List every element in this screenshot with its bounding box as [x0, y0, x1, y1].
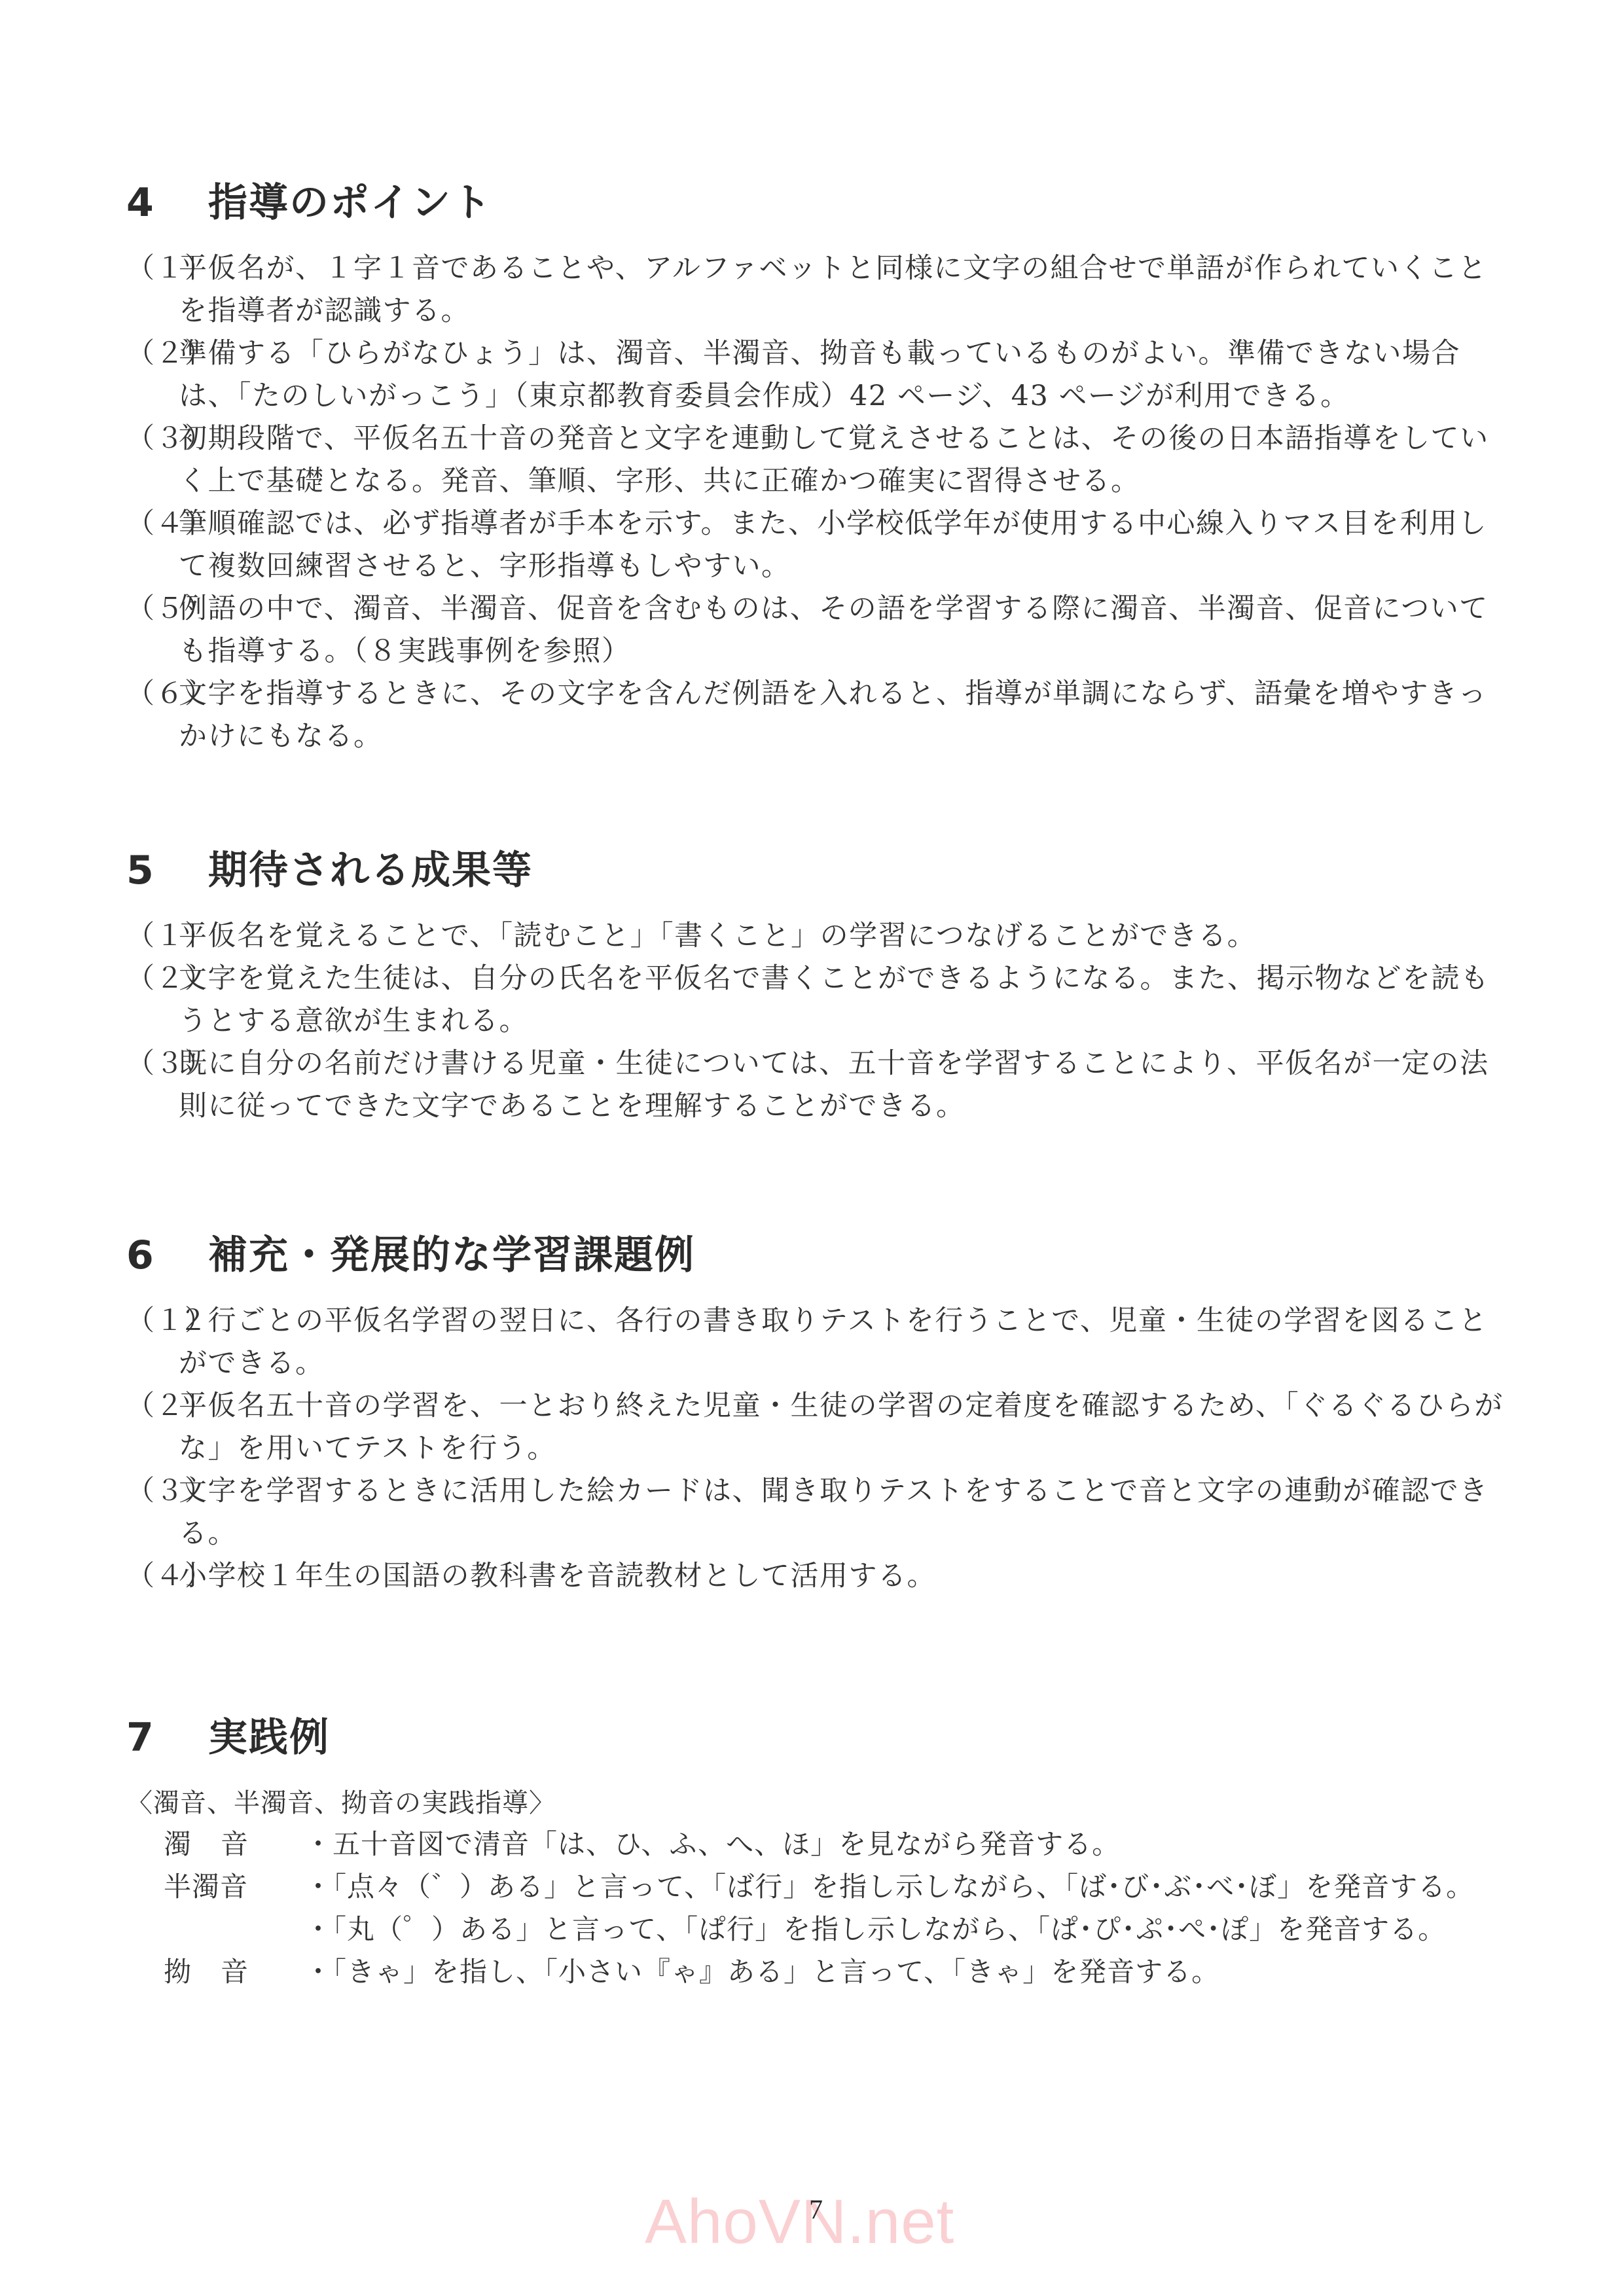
practice-text: ・「点々（゛）ある」と言って、「ば行」を指し示しながら、「ば･び･ぶ･べ･ぼ」を… [304, 1865, 1474, 1908]
item-marker: （３） [126, 1043, 179, 1085]
item-text: 平仮名が、１字１音であることや、アルファベットと同様に文字の組合せで単語が作られ… [179, 252, 1487, 327]
item-text: 平仮名を覚えることで、「読むこと」「書くこと」の学習につなげることができる。 [179, 920, 1256, 952]
item-text: 準備する「ひらがなひょう」は、濁音、半濁音、拗音も載っているものがよい。準備でき… [179, 337, 1460, 412]
section-title: 補充・発展的な学習課題例 [208, 1232, 695, 1278]
section-number: 4 [126, 177, 208, 229]
list-item: （５）例語の中で、濁音、半濁音、促音を含むものは、その語を学習する際に濁音、半濁… [126, 588, 1514, 673]
section-title: 期待される成果等 [208, 848, 533, 893]
item-text: 小学校１年生の国語の教科書を音読教材として活用する。 [179, 1560, 936, 1592]
section-heading: 5期待される成果等 [126, 844, 1514, 897]
item-marker: （６） [126, 673, 179, 715]
item-list: （１）２行ごとの平仮名学習の翌日に、各行の書き取りテストを行うことで、児童・生徒… [126, 1300, 1514, 1598]
section-heading: 4指導のポイント [126, 177, 1514, 229]
section-4: 4指導のポイント （１）平仮名が、１字１音であることや、アルファベットと同様に文… [126, 177, 1514, 758]
section-6: 6補充・発展的な学習課題例 （１）２行ごとの平仮名学習の翌日に、各行の書き取りテ… [126, 1229, 1514, 1598]
item-text: 文字を覚えた生徒は、自分の氏名を平仮名で書くことができるようになる。また、掲示物… [179, 962, 1490, 1037]
item-marker: （４） [126, 503, 179, 545]
watermark: AhoVN.net [645, 2186, 965, 2258]
list-item: （３）文字を学習するときに活用した絵カードは、聞き取りテストをすることで音と文字… [126, 1470, 1514, 1555]
list-item: （４）筆順確認では、必ず指導者が手本を示す。また、小学校低学年が使用する中心線入… [126, 503, 1514, 588]
item-marker: （１） [126, 915, 179, 958]
page-number: 7 [809, 2194, 823, 2227]
list-item: （１）平仮名を覚えることで、「読むこと」「書くこと」の学習につなげることができる… [126, 915, 1514, 958]
practice-row-youon: 拗音 ・「きゃ」を指し、「小さい『ゃ』ある」と言って、「きゃ」を発音する。 [126, 1950, 1514, 1993]
section-heading: 7実践例 [126, 1712, 1514, 1764]
list-item: （３）初期段階で、平仮名五十音の発音と文字を連動して覚えさせることは、その後の日… [126, 418, 1514, 503]
section-5: 5期待される成果等 （１）平仮名を覚えることで、「読むこと」「書くこと」の学習に… [126, 844, 1514, 1128]
document-page: 4指導のポイント （１）平仮名が、１字１音であることや、アルファベットと同様に文… [0, 0, 1624, 2296]
practice-text: ・「きゃ」を指し、「小さい『ゃ』ある」と言って、「きゃ」を発音する。 [304, 1950, 1219, 1993]
practice-label: 濁音 [164, 1823, 304, 1865]
item-marker: （５） [126, 588, 179, 630]
item-text: ２行ごとの平仮名学習の翌日に、各行の書き取りテストを行うことで、児童・生徒の学習… [179, 1304, 1488, 1380]
list-item: （６）文字を指導するときに、その文字を含んだ例語を入れると、指導が単調にならず、… [126, 673, 1514, 758]
section-title: 実践例 [208, 1715, 330, 1761]
practice-list: 濁音 ・五十音図で清音「は、ひ、ふ、へ、ほ」を見ながら発音する。 半濁音 ・「点… [126, 1823, 1514, 1993]
item-text: 文字を学習するときに活用した絵カードは、聞き取りテストをすることで音と文字の連動… [179, 1475, 1489, 1550]
practice-row-handakuon: 半濁音 ・「点々（゛）ある」と言って、「ば行」を指し示しながら、「ば･び･ぶ･べ… [126, 1865, 1514, 1908]
item-text: 例語の中で、濁音、半濁音、促音を含むものは、その語を学習する際に濁音、半濁音、促… [179, 592, 1489, 668]
item-text: 平仮名五十音の学習を、一とおり終えた児童・生徒の学習の定着度を確認するため、「ぐ… [179, 1390, 1504, 1465]
practice-label: 拗音 [164, 1950, 304, 1993]
item-marker: （４） [126, 1555, 179, 1598]
list-item: （１）２行ごとの平仮名学習の翌日に、各行の書き取りテストを行うことで、児童・生徒… [126, 1300, 1514, 1385]
item-text: 初期段階で、平仮名五十音の発音と文字を連動して覚えさせることは、その後の日本語指… [179, 422, 1489, 497]
section-number: 7 [126, 1712, 208, 1764]
item-marker: （１） [126, 247, 179, 290]
practice-subtitle: 〈濁音、半濁音、拗音の実践指導〉 [126, 1784, 1514, 1823]
item-marker: （２） [126, 1385, 179, 1427]
practice-text: ・「丸（゜）ある」と言って、「ぱ行」を指し示しながら、「ぱ･ぴ･ぷ･ぺ･ぽ」を発… [304, 1908, 1446, 1950]
item-marker: （２） [126, 332, 179, 375]
list-item: （２）文字を覚えた生徒は、自分の氏名を平仮名で書くことができるようになる。また、… [126, 958, 1514, 1043]
item-text: 筆順確認では、必ず指導者が手本を示す。また、小学校低学年が使用する中心線入りマス… [179, 507, 1487, 583]
practice-label: 半濁音 [164, 1865, 304, 1908]
section-number: 5 [126, 844, 208, 897]
section-heading: 6補充・発展的な学習課題例 [126, 1229, 1514, 1282]
item-marker: （３） [126, 1470, 179, 1513]
list-item: （４）小学校１年生の国語の教科書を音読教材として活用する。 [126, 1555, 1514, 1598]
list-item: （３）既に自分の名前だけ書ける児童・生徒については、五十音を学習することにより、… [126, 1043, 1514, 1128]
item-text: 文字を指導するときに、その文字を含んだ例語を入れると、指導が単調にならず、語彙を… [179, 677, 1487, 753]
item-text: 既に自分の名前だけ書ける児童・生徒については、五十音を学習することにより、平仮名… [179, 1047, 1489, 1122]
section-title: 指導のポイント [208, 180, 492, 226]
list-item: （２）平仮名五十音の学習を、一とおり終えた児童・生徒の学習の定着度を確認するため… [126, 1385, 1514, 1470]
practice-row-handakuon-2: ・「丸（゜）ある」と言って、「ぱ行」を指し示しながら、「ぱ･ぴ･ぷ･ぺ･ぽ」を発… [126, 1908, 1514, 1950]
section-7: 7実践例 〈濁音、半濁音、拗音の実践指導〉 濁音 ・五十音図で清音「は、ひ、ふ、… [126, 1712, 1514, 1993]
practice-row-dakuon: 濁音 ・五十音図で清音「は、ひ、ふ、へ、ほ」を見ながら発音する。 [126, 1823, 1514, 1865]
item-list: （１）平仮名を覚えることで、「読むこと」「書くこと」の学習につなげることができる… [126, 915, 1514, 1128]
item-marker: （１） [126, 1300, 179, 1342]
practice-label [164, 1908, 304, 1950]
list-item: （１）平仮名が、１字１音であることや、アルファベットと同様に文字の組合せで単語が… [126, 247, 1514, 332]
item-marker: （３） [126, 418, 179, 460]
item-marker: （２） [126, 958, 179, 1000]
item-list: （１）平仮名が、１字１音であることや、アルファベットと同様に文字の組合せで単語が… [126, 247, 1514, 758]
section-number: 6 [126, 1229, 208, 1282]
practice-text: ・五十音図で清音「は、ひ、ふ、へ、ほ」を見ながら発音する。 [304, 1823, 1120, 1865]
list-item: （２）準備する「ひらがなひょう」は、濁音、半濁音、拗音も載っているものがよい。準… [126, 332, 1514, 418]
